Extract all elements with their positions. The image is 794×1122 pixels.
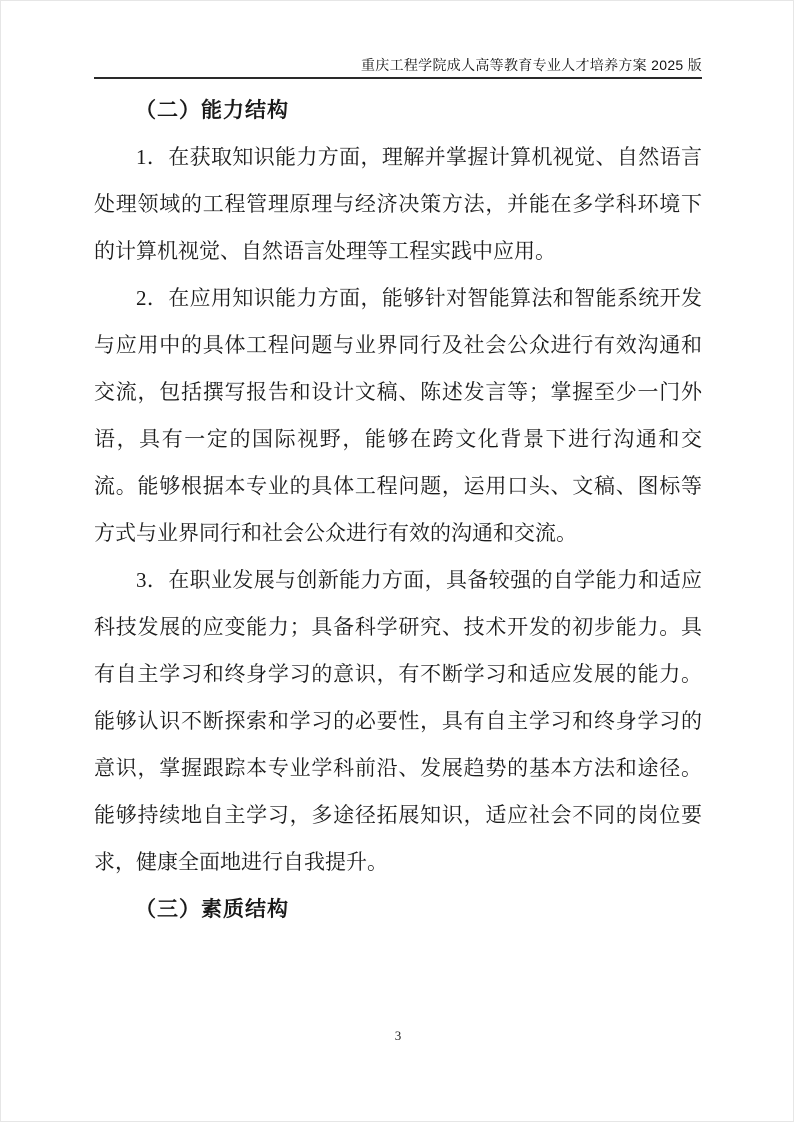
document-page: 重庆工程学院成人高等教育专业人才培养方案 2025 版 （二）能力结构 1．在获… [0, 0, 794, 1122]
document-content: （二）能力结构 1．在获取知识能力方面，理解并掌握计算机视觉、自然语言处理领域的… [94, 87, 702, 933]
page-footer: 3 [1, 1027, 794, 1045]
running-header-title: 重庆工程学院成人高等教育专业人才培养方案 2025 版 [94, 55, 702, 75]
paragraph-knowledge-application: 2．在应用知识能力方面，能够针对智能算法和智能系统开发与应用中的具体工程问题与业… [94, 275, 702, 557]
header-rule [94, 77, 702, 79]
paragraph-knowledge-acquisition: 1．在获取知识能力方面，理解并掌握计算机视觉、自然语言处理领域的工程管理原理与经… [94, 134, 702, 275]
section-heading-quality-structure: （三）素质结构 [94, 886, 702, 933]
page-number: 3 [395, 1028, 402, 1043]
paragraph-career-development: 3．在职业发展与创新能力方面，具备较强的自学能力和适应科技发展的应变能力；具备科… [94, 557, 702, 886]
section-heading-ability-structure: （二）能力结构 [94, 87, 702, 134]
